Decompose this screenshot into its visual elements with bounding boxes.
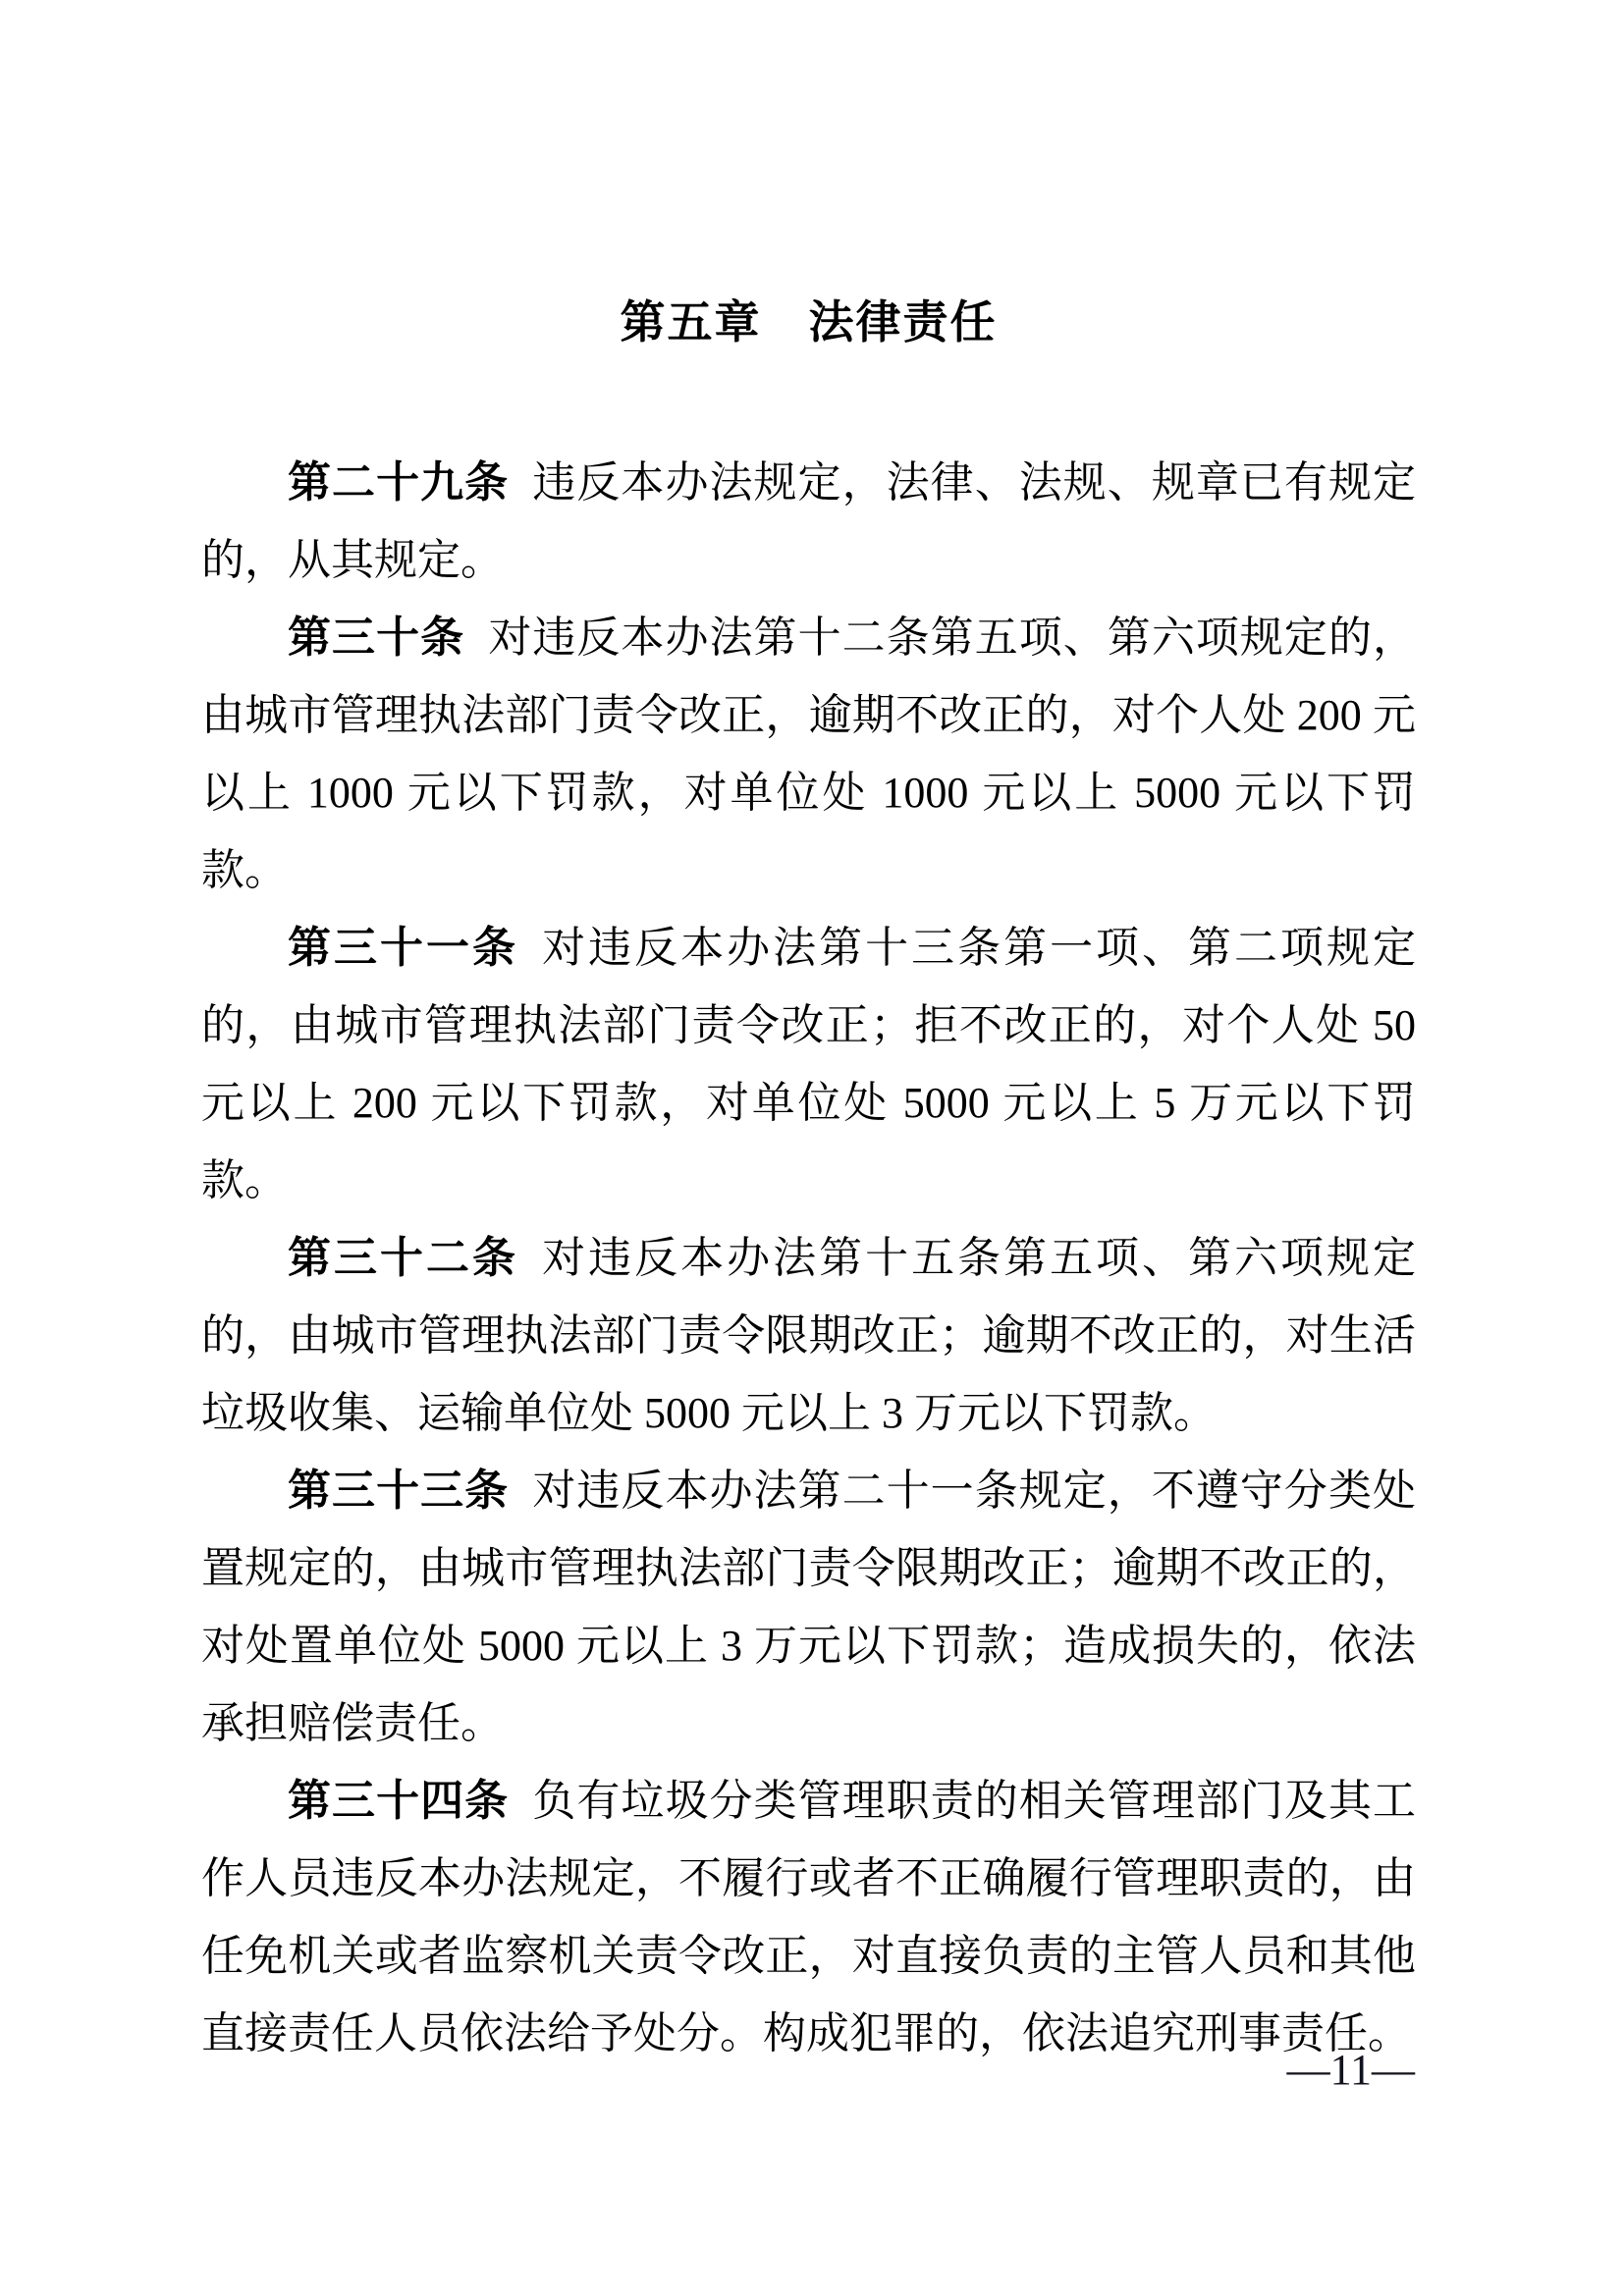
article-number: 第三十二条 bbox=[288, 1234, 518, 1282]
article-paragraph: 第三十二条对违反本办法第十五条第五项、第六项规定的，由城市管理执法部门责令限期改… bbox=[201, 1219, 1416, 1452]
document-page: 第五章 法律责任 第二十九条违反本办法规定，法律、法规、规章已有规定的，从其规定… bbox=[0, 0, 1624, 2296]
article-paragraph: 第三十条对违反本办法第十二条第五项、第六项规定的，由城市管理执法部门责令改正，逾… bbox=[201, 599, 1416, 909]
article-paragraph: 第三十四条负有垃圾分类管理职责的相关管理部门及其工作人员违反本办法规定，不履行或… bbox=[201, 1762, 1416, 2072]
chapter-title: 第五章 法律责任 bbox=[201, 288, 1416, 356]
page-number: —11— bbox=[0, 2048, 1415, 2093]
article-number: 第二十九条 bbox=[288, 458, 509, 507]
article-number: 第三十四条 bbox=[288, 1777, 509, 1825]
article-number: 第三十条 bbox=[288, 614, 464, 662]
article-number: 第三十一条 bbox=[288, 924, 518, 972]
article-paragraph: 第二十九条违反本办法规定，法律、法规、规章已有规定的，从其规定。 bbox=[201, 444, 1416, 599]
article-paragraph: 第三十一条对违反本办法第十三条第一项、第二项规定的，由城市管理执法部门责令改正；… bbox=[201, 909, 1416, 1219]
article-body: 第二十九条违反本办法规定，法律、法规、规章已有规定的，从其规定。 第三十条对违反… bbox=[201, 444, 1416, 2072]
article-number: 第三十三条 bbox=[288, 1467, 509, 1515]
article-paragraph: 第三十三条对违反本办法第二十一条规定，不遵守分类处置规定的，由城市管理执法部门责… bbox=[201, 1452, 1416, 1762]
